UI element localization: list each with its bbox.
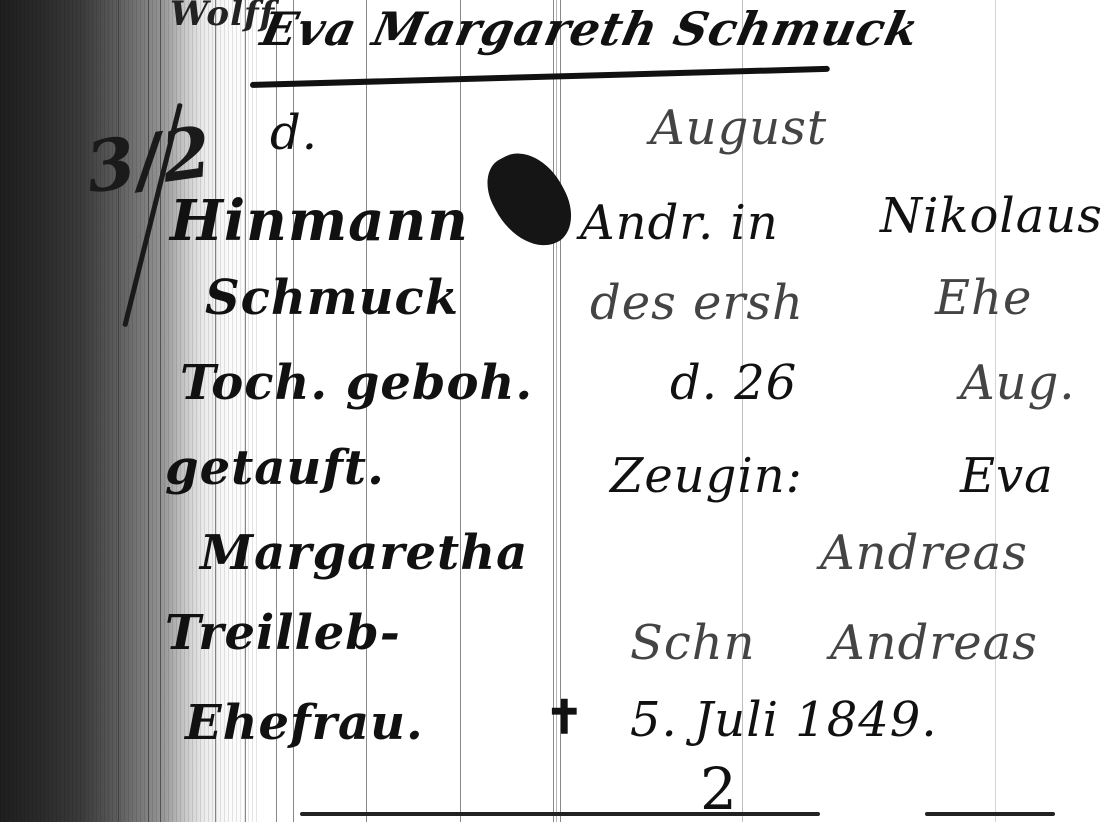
line-7-left: Treilleb- <box>165 605 401 661</box>
death-cross-icon: ✝ <box>545 690 585 744</box>
scan-line <box>460 0 461 822</box>
line-4-mid: d. 26 <box>670 355 797 411</box>
line-7-right: Andreas <box>830 615 1038 671</box>
line-1-left: d. <box>270 105 318 161</box>
line-4-right: Aug. <box>960 355 1076 411</box>
line-5-right: Eva <box>960 448 1054 504</box>
footer-rule <box>300 812 820 816</box>
line-3-left: Schmuck <box>205 270 459 326</box>
line-3-mid: des ersh <box>590 275 804 331</box>
line-2-mid: Andr. in <box>580 195 779 251</box>
line-7-mid: Schn <box>630 615 756 671</box>
line-4-left: Toch. geboh. <box>180 355 533 411</box>
scan-line <box>995 0 996 822</box>
footer-rule-right <box>925 812 1055 816</box>
corner-fragment: Wolff <box>170 0 275 34</box>
line-8-left: Ehefrau. <box>185 695 424 751</box>
line-5-left: getauft. <box>165 440 385 496</box>
ink-blot <box>476 139 585 260</box>
line-1-right: August <box>650 100 827 156</box>
scanned-page: Wolff Eva Margareth Schmuck 3/2 d. Augus… <box>0 0 1119 822</box>
entry-heading-name: Eva Margareth Schmuck <box>256 2 924 56</box>
line-6-right: Andreas <box>820 525 1028 581</box>
line-2-right: Nikolaus <box>880 188 1103 244</box>
death-date: 5. Juli 1849. <box>630 692 938 748</box>
line-3-right: Ehe <box>935 270 1032 326</box>
line-2-left: Hinmann <box>170 188 469 254</box>
page-margin <box>0 822 1119 833</box>
line-6-left: Margaretha <box>200 525 528 581</box>
line-5-mid: Zeugin: <box>610 448 803 504</box>
